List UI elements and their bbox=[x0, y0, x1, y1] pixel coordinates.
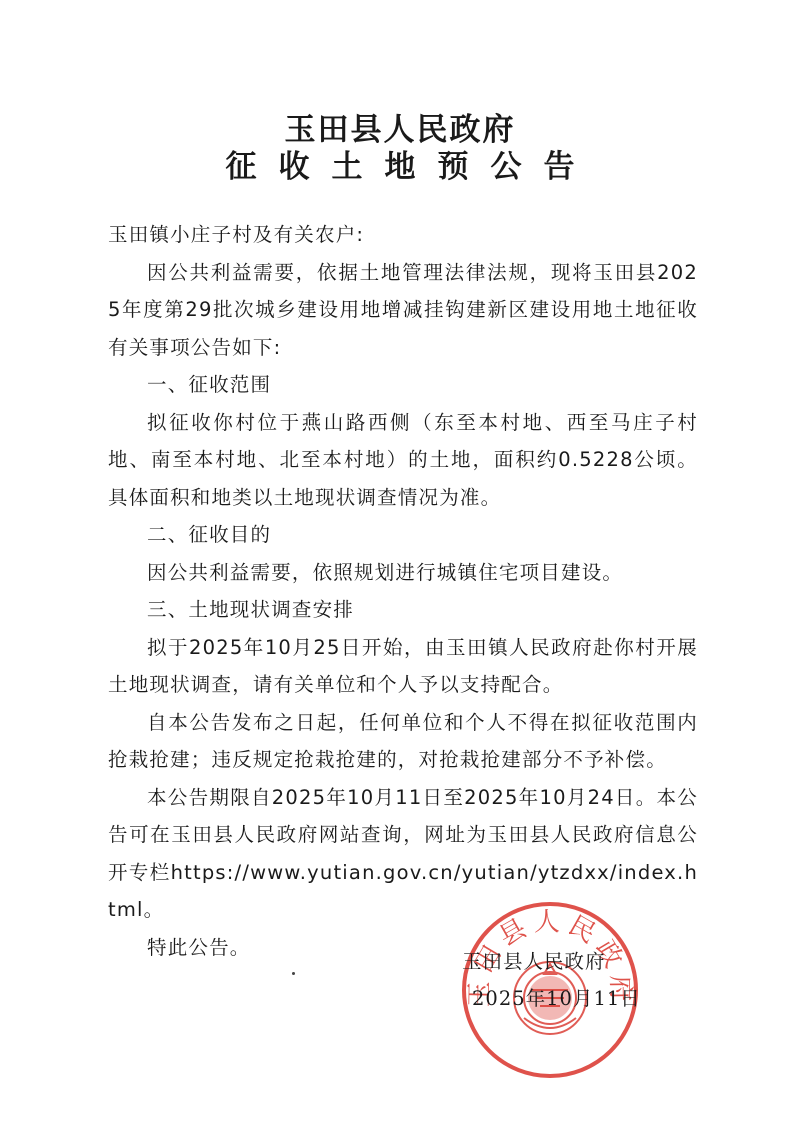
signature-organization: 玉田县人民政府 bbox=[462, 946, 606, 974]
section-content-purpose: 因公共利益需要，依照规划进行城镇住宅项目建设。 bbox=[108, 554, 698, 592]
intro-paragraph: 因公共利益需要，依据土地管理法律法规，现将玉田县2025年度第29批次城乡建设用… bbox=[108, 254, 698, 367]
stray-dot bbox=[292, 972, 295, 975]
prohibition-paragraph: 自本公告发布之日起，任何单位和个人不得在拟征收范围内抢栽抢建；违反规定抢栽抢建的… bbox=[108, 704, 698, 779]
section-heading-survey: 三、土地现状调查安排 bbox=[108, 591, 698, 629]
title-notice-type: 征收土地预公告 bbox=[0, 141, 800, 186]
signature-date: 2025年10月11日 bbox=[472, 983, 641, 1011]
section-content-survey: 拟于2025年10月25日开始，由玉田镇人民政府赴你村开展土地现状调查，请有关单… bbox=[108, 629, 698, 704]
section-content-scope: 拟征收你村位于燕山路西侧（东至本村地、西至马庄子村地、南至本村地、北至本村地）的… bbox=[108, 404, 698, 517]
document-body: 玉田镇小庄子村及有关农户: 因公共利益需要，依据土地管理法律法规，现将玉田县20… bbox=[108, 216, 698, 966]
salutation: 玉田镇小庄子村及有关农户: bbox=[108, 216, 698, 254]
section-heading-scope: 一、征收范围 bbox=[108, 366, 698, 404]
section-heading-purpose: 二、征收目的 bbox=[108, 516, 698, 554]
